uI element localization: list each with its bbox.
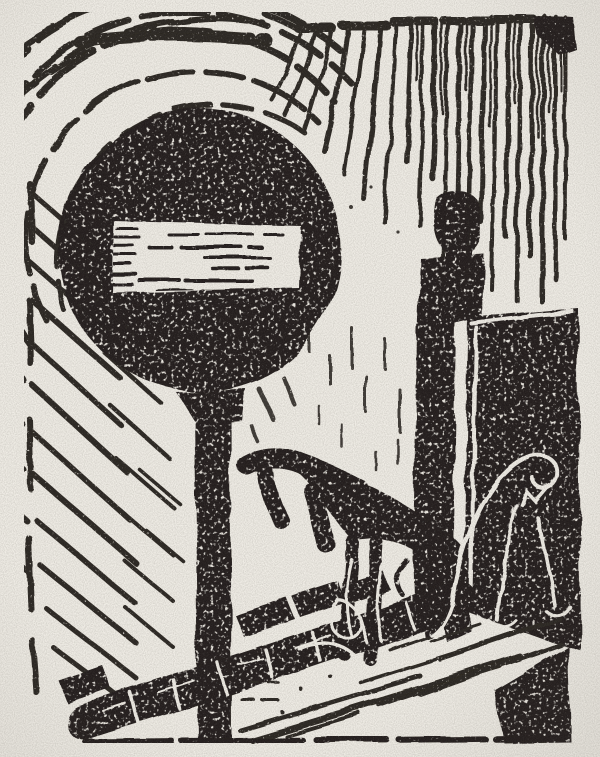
relief-print-artwork xyxy=(0,0,600,757)
scanned-print-page xyxy=(0,0,600,757)
print-canvas xyxy=(0,0,600,757)
paper-grain-texture xyxy=(0,0,600,757)
